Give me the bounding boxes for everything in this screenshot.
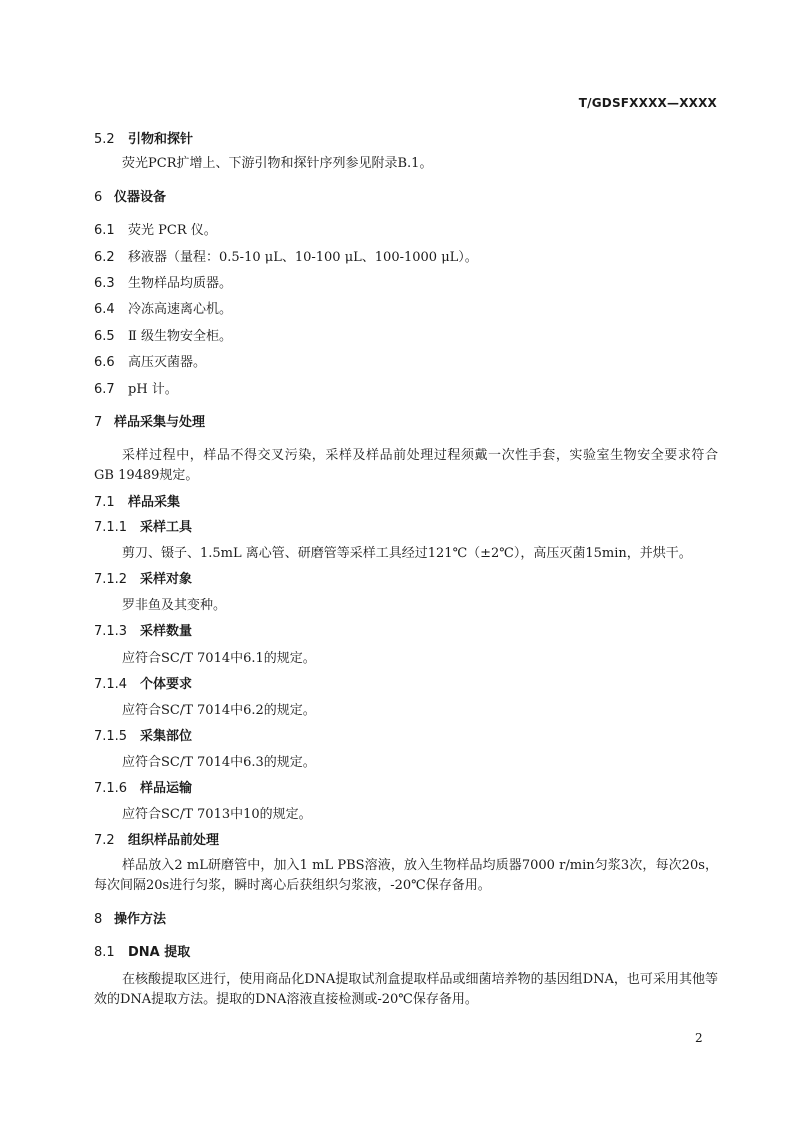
- heading-8-1: 8.1DNA 提取: [94, 945, 190, 961]
- list-item-6-4: 6.4冷冻高速离心机。: [94, 302, 232, 318]
- list-item-6-6: 6.6高压灭菌器。: [94, 355, 206, 371]
- heading-7: 7样品采集与处理: [94, 415, 205, 431]
- paragraph-7-1-4: 应符合SC/T 7014中6.2的规定。: [122, 703, 316, 719]
- paragraph-7-1-1: 剪刀、镊子、1.5mL 离心管、研磨管等采样工具经过121℃（±2℃），高压灭菌…: [122, 546, 692, 562]
- section-number: 5.2: [94, 132, 128, 148]
- heading-7-2: 7.2组织样品前处理: [94, 833, 219, 849]
- paragraph-8-1: 在核酸提取区进行，使用商品化DNA提取试剂盒提取样品或细菌培养物的基因组DNA，…: [94, 970, 718, 1010]
- heading-7-1-5: 7.1.5采集部位: [94, 729, 192, 745]
- section-title: 仪器设备: [114, 190, 166, 205]
- heading-7-1: 7.1样品采集: [94, 495, 180, 511]
- heading-7-1-3: 7.1.3采样数量: [94, 624, 192, 640]
- list-item-6-1: 6.1荧光 PCR 仪。: [94, 223, 217, 239]
- paragraph-7-1-6: 应符合SC/T 7013中10的规定。: [122, 807, 312, 823]
- paragraph-5-2: 荧光PCR扩增上、下游引物和探针序列参见附录B.1。: [122, 156, 432, 172]
- list-item-6-7: 6.7pH 计。: [94, 382, 178, 398]
- section-number: 6: [94, 190, 114, 206]
- list-item-6-2: 6.2移液器（量程：0.5-10 μL、10-100 μL、100-1000 μ…: [94, 250, 478, 266]
- section-title: 引物和探针: [128, 132, 193, 147]
- heading-7-1-1: 7.1.1采样工具: [94, 520, 192, 536]
- list-item-6-5: 6.5Ⅱ 级生物安全柜。: [94, 329, 232, 345]
- paragraph-7-1-5: 应符合SC/T 7014中6.3的规定。: [122, 755, 316, 771]
- paragraph-7: 采样过程中，样品不得交叉污染，采样及样品前处理过程须戴一次性手套，实验室生物安全…: [94, 446, 718, 486]
- paragraph-7-1-2: 罗非鱼及其变种。: [122, 598, 226, 614]
- heading-7-1-6: 7.1.6样品运输: [94, 781, 192, 797]
- heading-5-2: 5.2引物和探针: [94, 132, 193, 148]
- section-title: 样品采集与处理: [114, 415, 205, 430]
- list-item-6-3: 6.3生物样品均质器。: [94, 276, 232, 292]
- heading-6: 6仪器设备: [94, 190, 166, 206]
- paragraph-7-2: 样品放入2 mL研磨管中，加入1 mL PBS溶液，放入生物样品均质器7000 …: [94, 856, 718, 896]
- page-number: 2: [695, 1031, 703, 1045]
- document-code: T/GDSFXXXX—XXXX: [579, 96, 717, 110]
- heading-7-1-2: 7.1.2采样对象: [94, 572, 192, 588]
- heading-7-1-4: 7.1.4个体要求: [94, 677, 192, 693]
- heading-8: 8操作方法: [94, 912, 166, 928]
- section-number: 7: [94, 415, 114, 431]
- paragraph-7-1-3: 应符合SC/T 7014中6.1的规定。: [122, 651, 316, 667]
